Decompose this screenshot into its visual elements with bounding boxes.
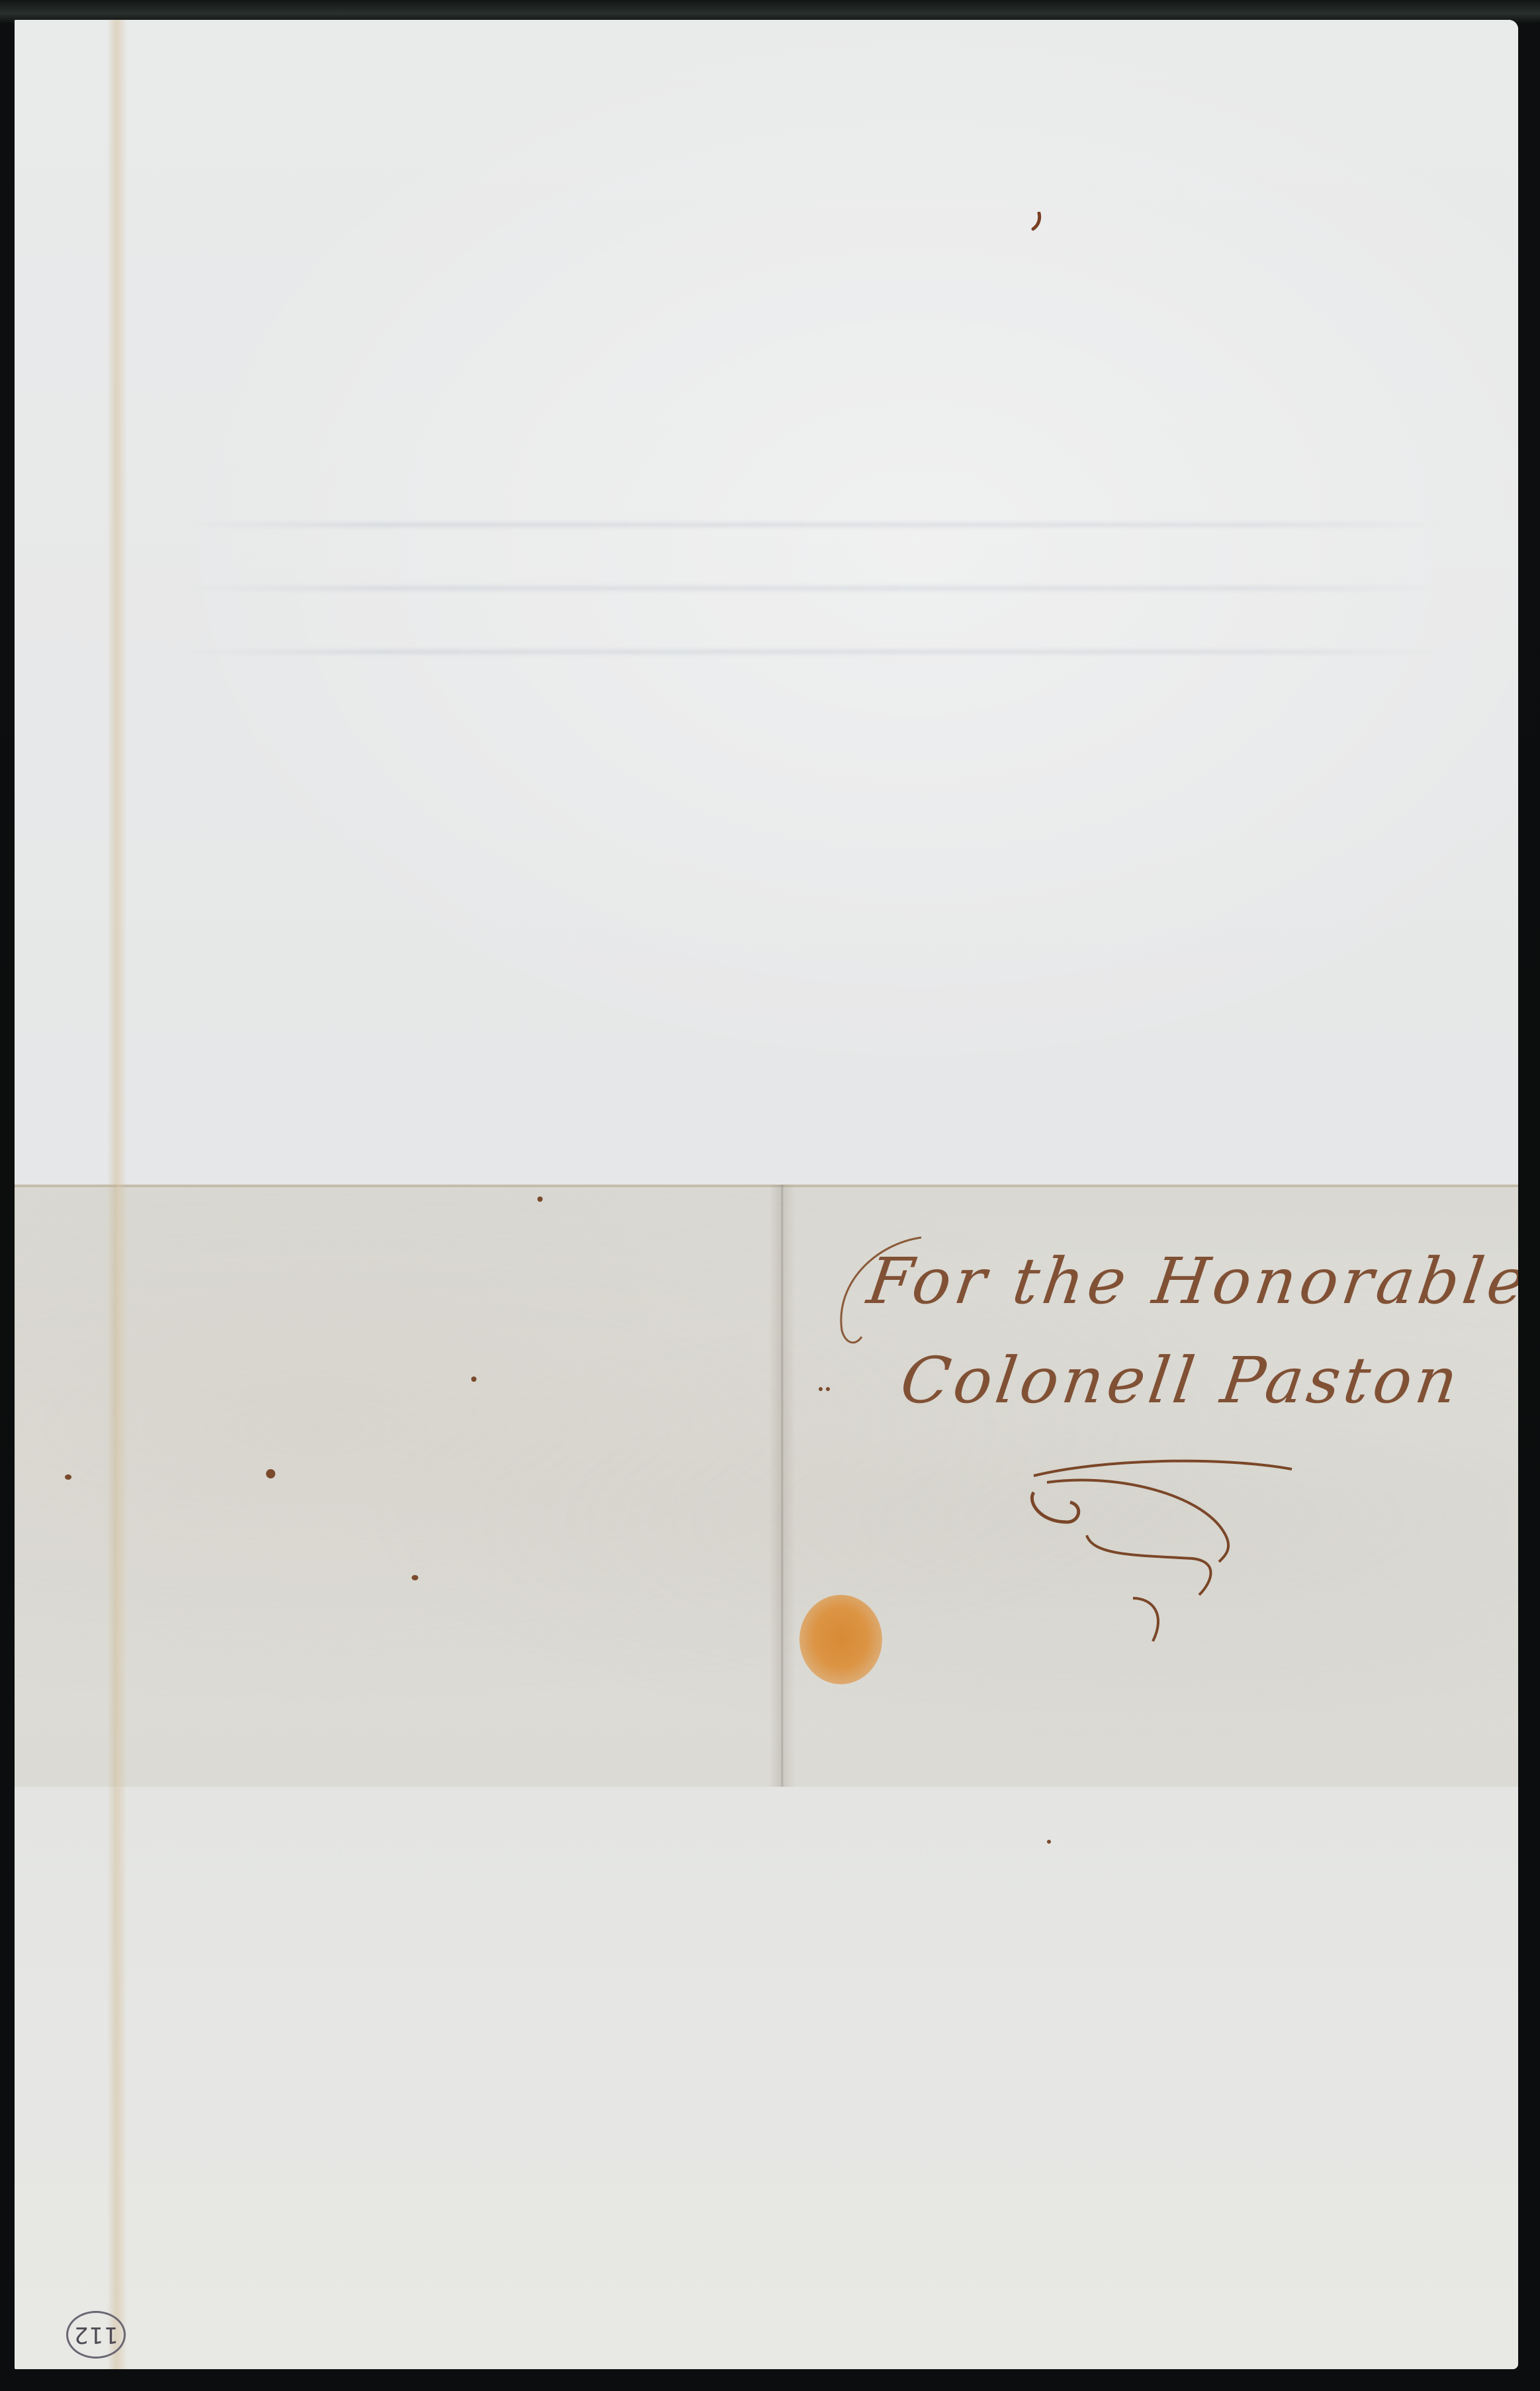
foxing-spot	[537, 1196, 543, 1202]
scan-board-edge	[0, 0, 1540, 23]
initial-flourish	[822, 1231, 994, 1363]
foxing-spot	[1047, 1840, 1051, 1844]
address-inscription: For the Honorable Colonell Paston	[822, 1218, 1497, 1429]
manuscript-leaf: For the Honorable Colonell Paston 112	[15, 20, 1518, 2369]
pen-flourish	[1020, 1456, 1298, 1654]
bleed-line	[187, 650, 1444, 654]
ink-mark	[1031, 212, 1043, 232]
folio-number-oval: 112	[66, 2311, 126, 2359]
foxing-spot	[65, 1474, 71, 1480]
folio-number: 112	[73, 2322, 118, 2348]
seal-stain	[799, 1595, 882, 1684]
vertical-fold-line	[107, 20, 127, 2369]
foxing-spot	[471, 1376, 476, 1382]
bleed-line	[187, 523, 1444, 527]
bleed-through-text	[187, 523, 1444, 741]
lower-panel	[15, 1787, 1518, 2369]
foxing-spot	[412, 1575, 418, 1580]
foxing-spot	[266, 1469, 275, 1478]
bleed-line	[187, 586, 1444, 590]
center-crease	[769, 1185, 795, 1787]
